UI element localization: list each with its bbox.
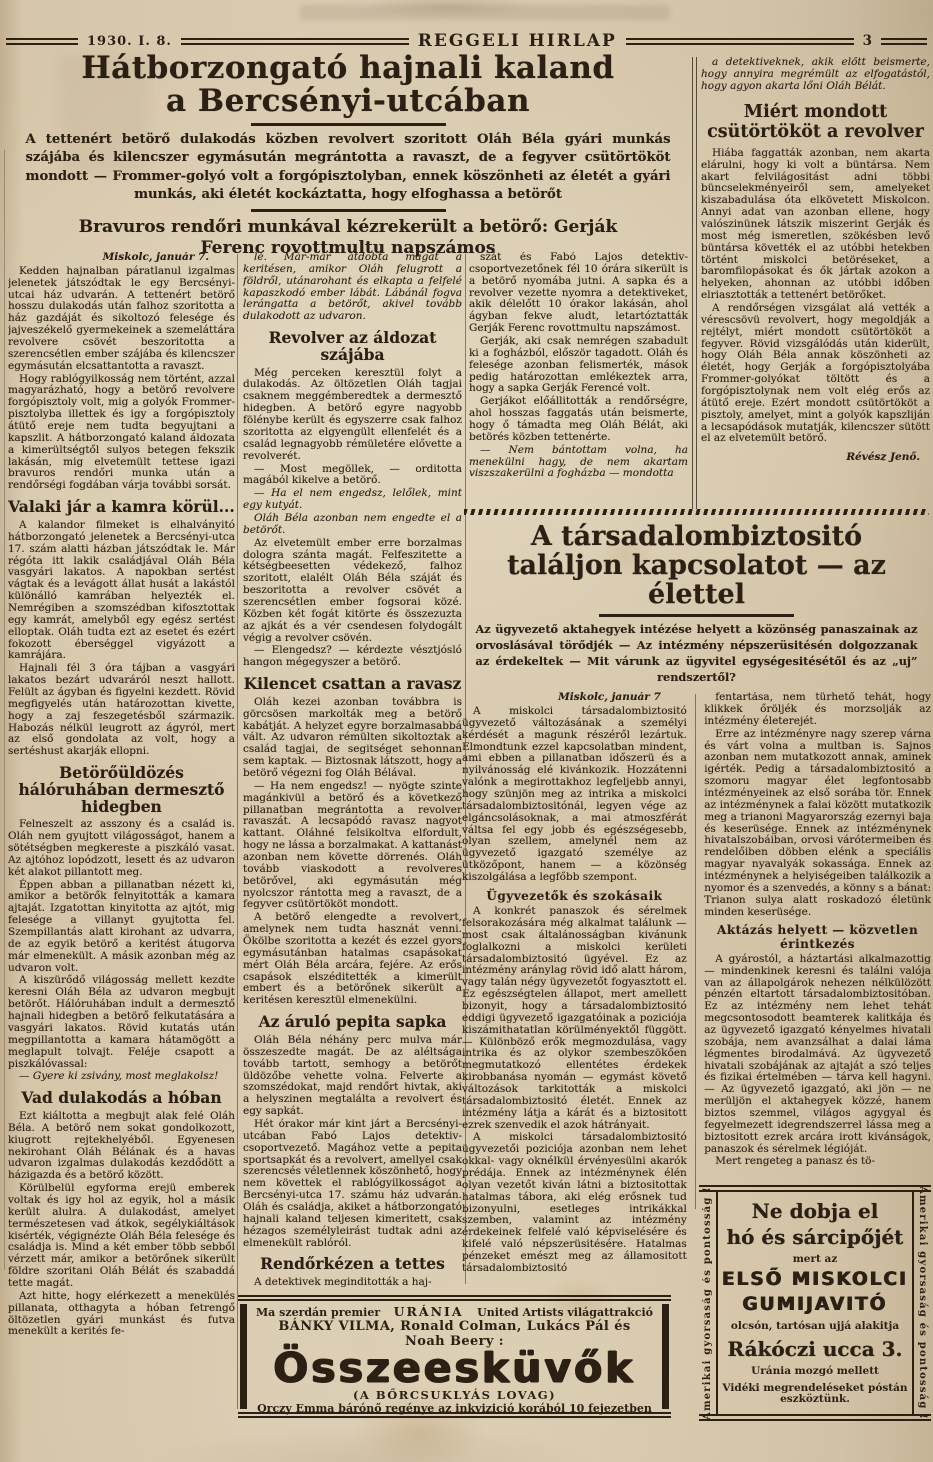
paragraph: A konkrét panaszok és sérelmek felsorako… bbox=[462, 906, 687, 1131]
cinema-name: URÁNIA bbox=[394, 1304, 464, 1319]
ad-line: Vidéki megrendeléseket póstán eszköztünk… bbox=[719, 1383, 911, 1405]
business-name-line2: GUMIJAVITÓ bbox=[719, 1296, 911, 1315]
byline: Révész Jenő. bbox=[701, 452, 930, 464]
section-subhead: Betörőüldözés hálóruhában dermesztő hide… bbox=[8, 765, 235, 815]
paragraph: Erre az intézményre nagy szerep várna és… bbox=[704, 729, 931, 919]
paragraph: Még perceken keresztül folyt a dulakodás… bbox=[243, 368, 462, 463]
paragraph: Ezt kiáltotta a megbujt alak felé Oláh B… bbox=[8, 1111, 235, 1182]
paragraph: Gerják, aki csak nemrégen szabadult ki a… bbox=[469, 336, 688, 395]
paragraph: Felneszelt az asszony és a család is. Ol… bbox=[8, 819, 235, 878]
section-subhead: Aktázás helyett — közvetlen érintkezés bbox=[704, 924, 931, 950]
article1-lead: A tettenért betörő dulakodás közben revo… bbox=[26, 131, 671, 204]
paragraph: Hiába faggatták azonban, nem akarta elár… bbox=[701, 148, 930, 302]
article2-column-left: Miskolc, január 7A miskolci társadalombi… bbox=[462, 692, 687, 1325]
page-edge-rule bbox=[4, 150, 5, 1270]
film-alt-title: (A BŐRCSUKLYÁS LOVAG) bbox=[256, 1388, 653, 1402]
section-subhead: Rendőrkézen a tettes bbox=[243, 1256, 462, 1273]
masthead-rule bbox=[881, 38, 927, 45]
ink-bleed-smudge bbox=[300, 5, 670, 20]
article1-headline-line1: Hátborzongató hajnali kaland bbox=[8, 52, 688, 85]
paragraph: — Most megöllek, — orditotta magából kik… bbox=[243, 464, 462, 488]
dateline: Miskolc, január 7. bbox=[8, 252, 235, 264]
page-number: 3 bbox=[863, 33, 872, 49]
italic-paragraph: a detektiveknek, akik előtt beismerte, h… bbox=[701, 57, 930, 93]
masthead-rule bbox=[6, 38, 78, 45]
business-name-line1: ELSŐ MISKOLCI bbox=[719, 1271, 911, 1290]
italic-paragraph: Oláh Béla azonban nem engedte el a betör… bbox=[243, 513, 462, 537]
column-double-rule bbox=[692, 57, 697, 509]
paragraph: Gerjákot előállitották a rendőrségre, ah… bbox=[469, 396, 688, 443]
film-tagline: Orczy Emma bárónő regénye az inkvizició … bbox=[256, 1402, 653, 1415]
article1-column-4: a detektiveknek, akik előtt beismerte, h… bbox=[701, 57, 930, 509]
article2-subtitle: Az ügyvezető aktahegyek intézése helyett… bbox=[476, 621, 918, 685]
paragraph: — Elengedsz? — kérdezte vésztjósló hango… bbox=[243, 645, 462, 669]
ad-line: hó és sárcipőjét bbox=[719, 1227, 911, 1247]
masthead: 1930. I. 8. REGGELI HIRLAP 3 bbox=[6, 31, 927, 51]
paragraph: Mert rengeteg a panasz és tö- bbox=[704, 1156, 931, 1168]
paragraph: A rendőrségen vizsgálat alá vették a vér… bbox=[701, 303, 930, 445]
urania-cinema-ad: Ma szerdán premier URÁNIA United Artists… bbox=[238, 1295, 671, 1418]
column-rule bbox=[695, 694, 696, 1209]
italic-paragraph: — Gyere ki zsivány, most meglakolsz! bbox=[8, 1071, 235, 1083]
paragraph: A kalandor filmeket is elhalványitó hátb… bbox=[8, 520, 235, 662]
paragraph: Hét órakor már kint járt a Bercsényi-utc… bbox=[243, 1119, 462, 1249]
paragraph: Éppen abban a pillanatban nézett ki, ami… bbox=[8, 880, 235, 975]
paragraph: A betörő elengedte a revolvert, amelynek… bbox=[243, 912, 462, 1007]
article1-column-1: Miskolc, január 7.Kedden hajnalban párat… bbox=[8, 252, 235, 1415]
section-subhead: Kilencet csattan a ravasz bbox=[243, 676, 462, 693]
masthead-rule bbox=[181, 38, 409, 45]
cinema-ad-top-row: Ma szerdán premier URÁNIA United Artists… bbox=[256, 1304, 653, 1319]
article2-headline-line2: találjon kapcsolatot — az élettel bbox=[462, 552, 931, 610]
ad-line: olcsón, tartósan ujjá alakitja bbox=[719, 1321, 911, 1332]
section-subhead: Ügyvezetők és szokásaik bbox=[462, 890, 687, 903]
paragraph: — Ha nem engedsz! — nyögte szinte magánk… bbox=[243, 781, 462, 911]
column-headline: Miért mondott csütörtököt a revolver bbox=[701, 102, 930, 142]
article1-headline-line2: a Bercsényi-utcában bbox=[8, 85, 688, 118]
film-title: Összeesküvők bbox=[256, 1349, 653, 1388]
premiere-label: Ma szerdán premier bbox=[256, 1306, 380, 1319]
paragraph: A detektivek meginditották a haj- bbox=[243, 1277, 462, 1289]
paragraph: Oláh kezei azonban továbbra is görcsösen… bbox=[243, 697, 462, 780]
masthead-rule bbox=[626, 38, 854, 45]
paragraph: A miskolci társadalombiztositó ügyvezető… bbox=[462, 706, 687, 884]
divider-rule bbox=[251, 209, 446, 212]
paragraph: Az elvetemült ember erre borzalmas dolog… bbox=[243, 538, 462, 645]
section-subhead: Vad dulakodás a hóban bbox=[8, 1090, 235, 1107]
paragraph: A kiszürődő világosság mellett kezdte ke… bbox=[8, 975, 235, 1070]
paragraph: szát és Fabó Lajos detektiv-csoportvezet… bbox=[469, 252, 688, 335]
article2-headline-line1: A társadalombiztositó bbox=[462, 523, 931, 552]
issue-date: 1930. I. 8. bbox=[87, 34, 172, 49]
paragraph: A gyárostól, a háztartási alkalmazottig … bbox=[704, 954, 931, 1156]
ad-side-slogan-left: Amerikai gyorsaság és pontosság ! bbox=[699, 1192, 716, 1414]
dateline: Miskolc, január 7 bbox=[462, 692, 687, 704]
newspaper-title: REGGELI HIRLAP bbox=[418, 31, 617, 51]
article2-column-right: fentartása, nem türhető tehát, hogy klik… bbox=[704, 692, 931, 1215]
divider-rule bbox=[251, 123, 446, 126]
section-subhead: Revolver az áldozat szájába bbox=[243, 330, 462, 363]
gumijavito-ad: Amerikai gyorsaság és pontosság ! Ne dob… bbox=[699, 1185, 931, 1421]
newspaper-page: 1930. I. 8. REGGELI HIRLAP 3 Hátborzonga… bbox=[0, 0, 933, 1462]
article1-column-2: lé. Már-már átdobta magát a keritésen, a… bbox=[243, 252, 462, 1289]
business-address: Rákóczi ucca 3. bbox=[719, 1339, 911, 1359]
paragraph: fentartása, nem türhető tehát, hogy klik… bbox=[704, 692, 931, 728]
ad-side-slogan-right: Amerikai gyorsaság és pontosság ! bbox=[914, 1192, 931, 1414]
paragraph: Azt hitte, hogy elérkezett a menekülés p… bbox=[8, 1291, 235, 1338]
distributor-label: United Artists világattrakció bbox=[477, 1306, 653, 1319]
article1-header: Hátborzongató hajnali kaland a Bercsényi… bbox=[8, 52, 688, 259]
column-rule bbox=[237, 254, 238, 1409]
gumijavito-ad-body: Ne dobja el hó és sárcipőjét mert az ELS… bbox=[716, 1192, 914, 1414]
ad-line: Ne dobja el bbox=[719, 1201, 911, 1221]
paragraph: Hajnali fél 3 óra tájban a vasgyári laka… bbox=[8, 663, 235, 758]
paragraph: A miskolci társadalombiztositó ügyvezető… bbox=[462, 1132, 687, 1274]
section-subhead: Valaki jár a kamra körül... bbox=[8, 499, 235, 516]
paragraph: Oláh Béla néhány perc mulva már összesze… bbox=[243, 1035, 462, 1118]
section-subhead: Az áruló pepita sapka bbox=[243, 1014, 462, 1031]
italic-paragraph: — Nem bántottam volna, ha menekülni hagy… bbox=[469, 445, 688, 481]
ad-line: mert az bbox=[719, 1254, 911, 1265]
paragraph: Körülbelül egyforma erejü emberek voltak… bbox=[8, 1183, 235, 1290]
paragraph: Kedden hajnalban páratlanul izgalmas jel… bbox=[8, 266, 235, 373]
article1-column-3: szát és Fabó Lajos detektiv-csoportvezet… bbox=[469, 252, 688, 508]
italic-paragraph: — Ha el nem engedsz, lelőlek, mint egy k… bbox=[243, 488, 462, 512]
paragraph: Hogy rablógyilkosság nem történt, azzal … bbox=[8, 374, 235, 493]
divider-rule bbox=[599, 614, 794, 617]
wavy-divider bbox=[464, 509, 929, 515]
italic-paragraph: lé. Már-már átdobta magát a keritésen, a… bbox=[243, 252, 462, 323]
ad-line: Uránia mozgó mellett bbox=[719, 1366, 911, 1377]
